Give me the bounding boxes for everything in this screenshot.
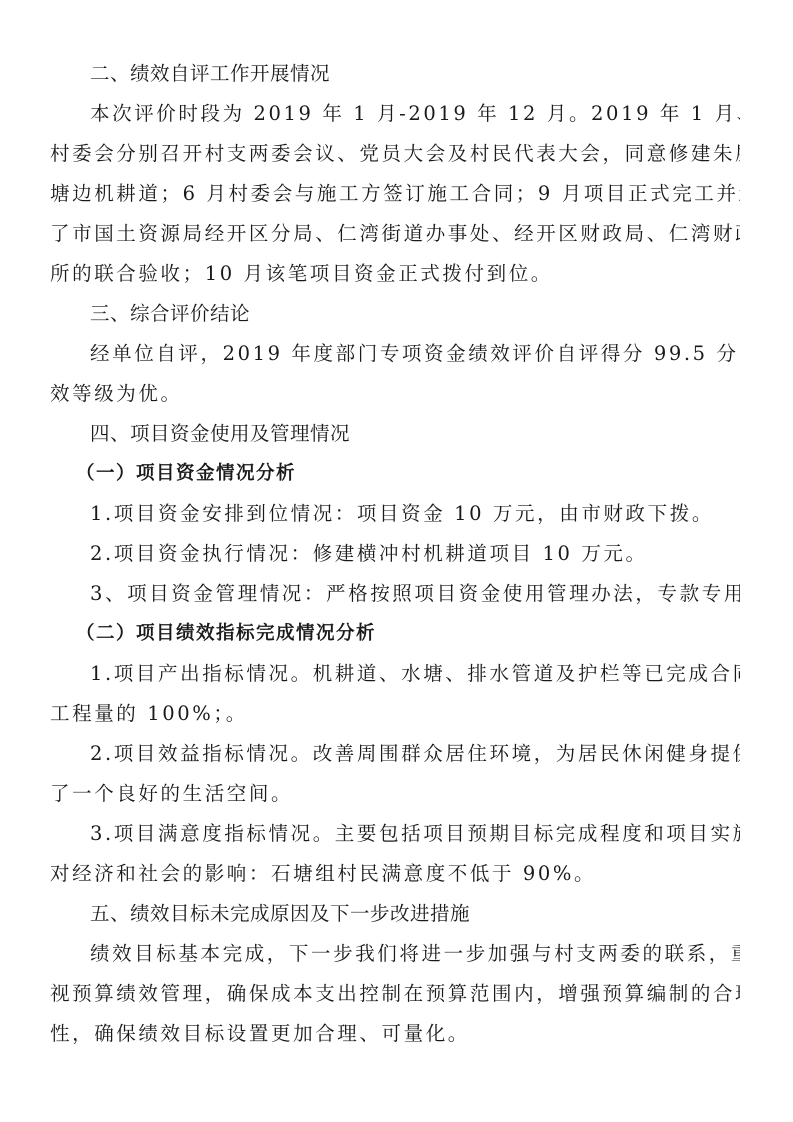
paragraph-line: 视预算绩效管理，确保成本支出控制在预算范围内，增强预算编制的合理 <box>50 974 740 1014</box>
section-heading-improvements: 五、绩效目标未完成原因及下一步改进措施 <box>50 894 740 934</box>
list-item: 1.项目资金安排到位情况：项目资金 10 万元，由市财政下拨。 <box>50 494 740 534</box>
paragraph-line: 经单位自评，2019 年度部门专项资金绩效评价自评得分 99.5 分，绩 <box>50 334 740 374</box>
section-heading-self-evaluation: 二、绩效自评工作开展情况 <box>50 54 740 94</box>
list-item: 2.项目资金执行情况：修建横冲村机耕道项目 10 万元。 <box>50 534 740 574</box>
paragraph-line: 了市国土资源局经开区分局、仁湾街道办事处、经开区财政局、仁湾财政 <box>50 214 740 254</box>
paragraph-line: 所的联合验收；10 月该笔项目资金正式拨付到位。 <box>50 254 740 294</box>
paragraph-line: 工程量的 100%；。 <box>50 694 740 734</box>
document-page: 二、绩效自评工作开展情况 本次评价时段为 2019 年 1 月-2019 年 1… <box>50 54 740 1054</box>
paragraph-line: 了一个良好的生活空间。 <box>50 774 740 814</box>
paragraph-line: 效等级为优。 <box>50 374 740 414</box>
paragraph-line: 绩效目标基本完成，下一步我们将进一步加强与村支两委的联系，重 <box>50 934 740 974</box>
section-heading-funds-usage: 四、项目资金使用及管理情况 <box>50 414 740 454</box>
paragraph-line: 性，确保绩效目标设置更加合理、可量化。 <box>50 1014 740 1054</box>
subsection-heading-funds-analysis: （一）项目资金情况分析 <box>50 454 740 494</box>
section-heading-conclusion: 三、综合评价结论 <box>50 294 740 334</box>
list-item: 3.项目满意度指标情况。主要包括项目预期目标完成程度和项目实施 <box>50 814 740 854</box>
paragraph-line: 对经济和社会的影响：石塘组村民满意度不低于 90%。 <box>50 854 740 894</box>
list-item: 1.项目产出指标情况。机耕道、水塘、排水管道及护栏等已完成合同 <box>50 654 740 694</box>
paragraph-line: 塘边机耕道；6 月村委会与施工方签订施工合同；9 月项目正式完工并通过 <box>50 174 740 214</box>
paragraph-line: 村委会分别召开村支两委会议、党员大会及村民代表大会，同意修建朱屎 <box>50 134 740 174</box>
list-item: 3、项目资金管理情况：严格按照项目资金使用管理办法，专款专用。 <box>50 574 740 614</box>
list-item: 2.项目效益指标情况。改善周围群众居住环境，为居民休闲健身提供 <box>50 734 740 774</box>
paragraph-line: 本次评价时段为 2019 年 1 月-2019 年 12 月。2019 年 1 … <box>50 94 740 134</box>
subsection-heading-indicators-analysis: （二）项目绩效指标完成情况分析 <box>50 614 740 654</box>
